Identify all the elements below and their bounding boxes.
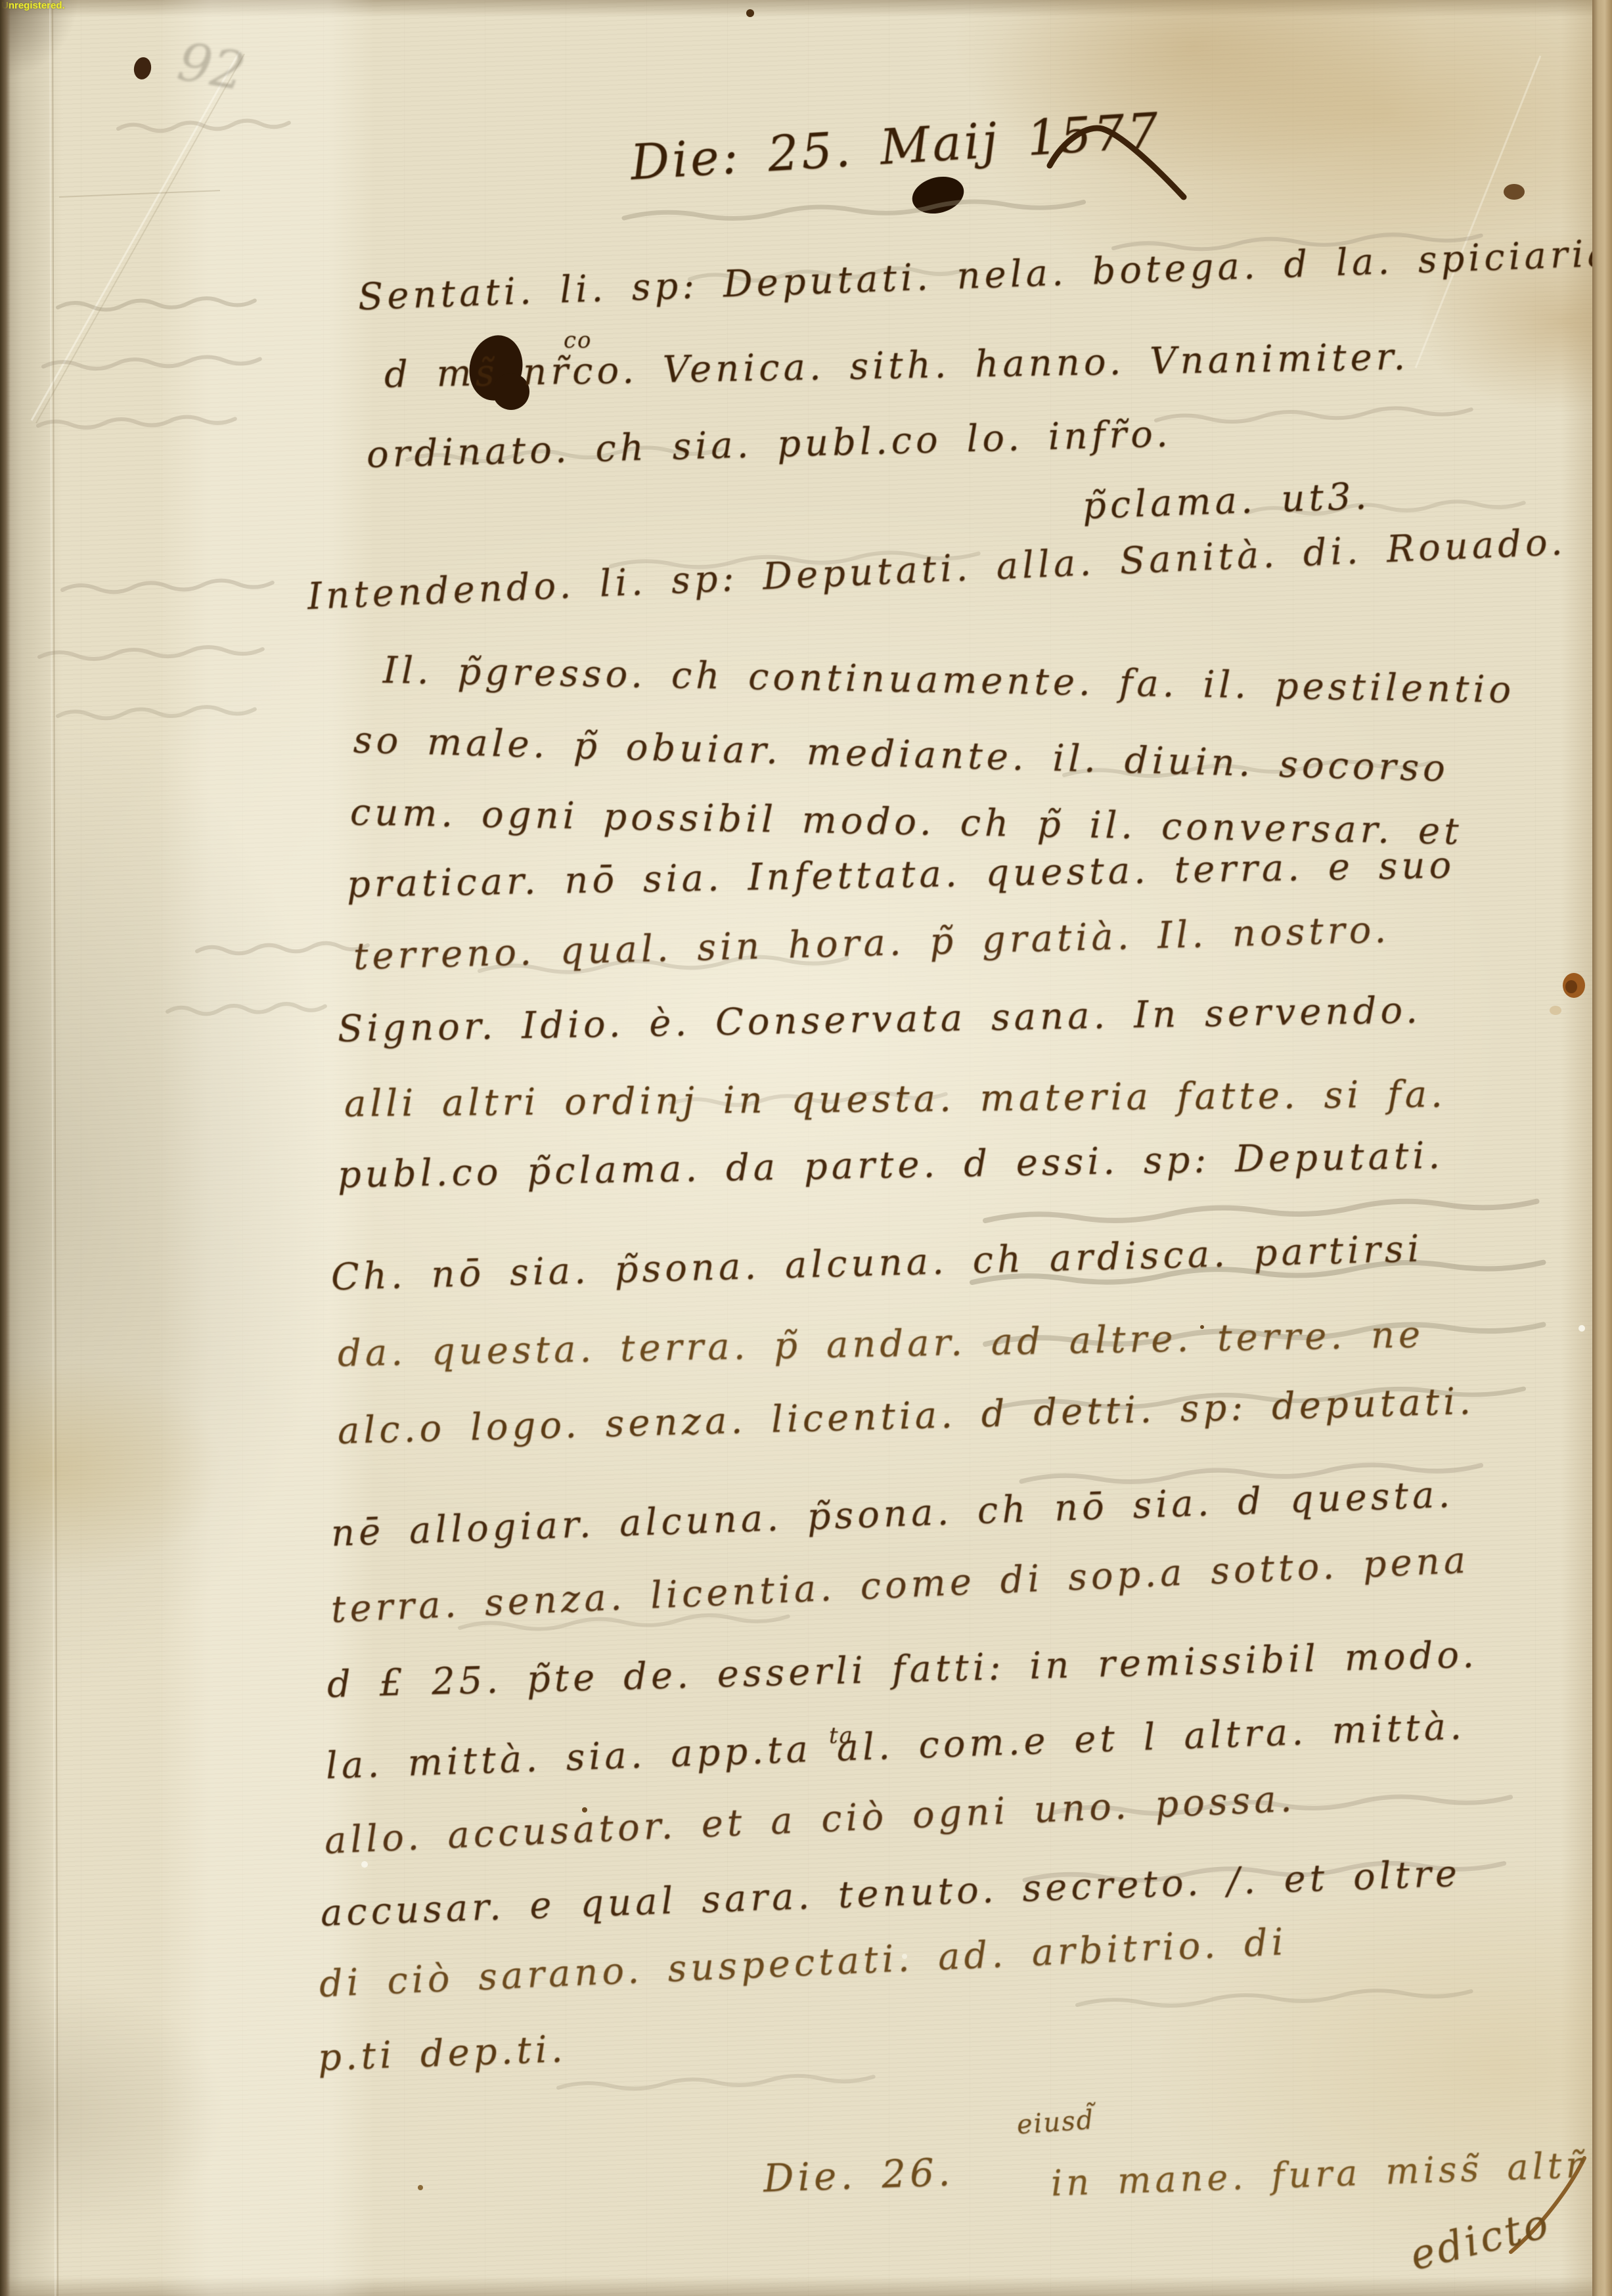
- book-fore-edge: [1592, 0, 1612, 2296]
- manuscript-scan: Unregistered. 92 Die: 25. Maij 1577 Sent…: [0, 0, 1612, 2296]
- binding-edge: [0, 0, 11, 2296]
- scan-vignette: [0, 0, 1612, 2296]
